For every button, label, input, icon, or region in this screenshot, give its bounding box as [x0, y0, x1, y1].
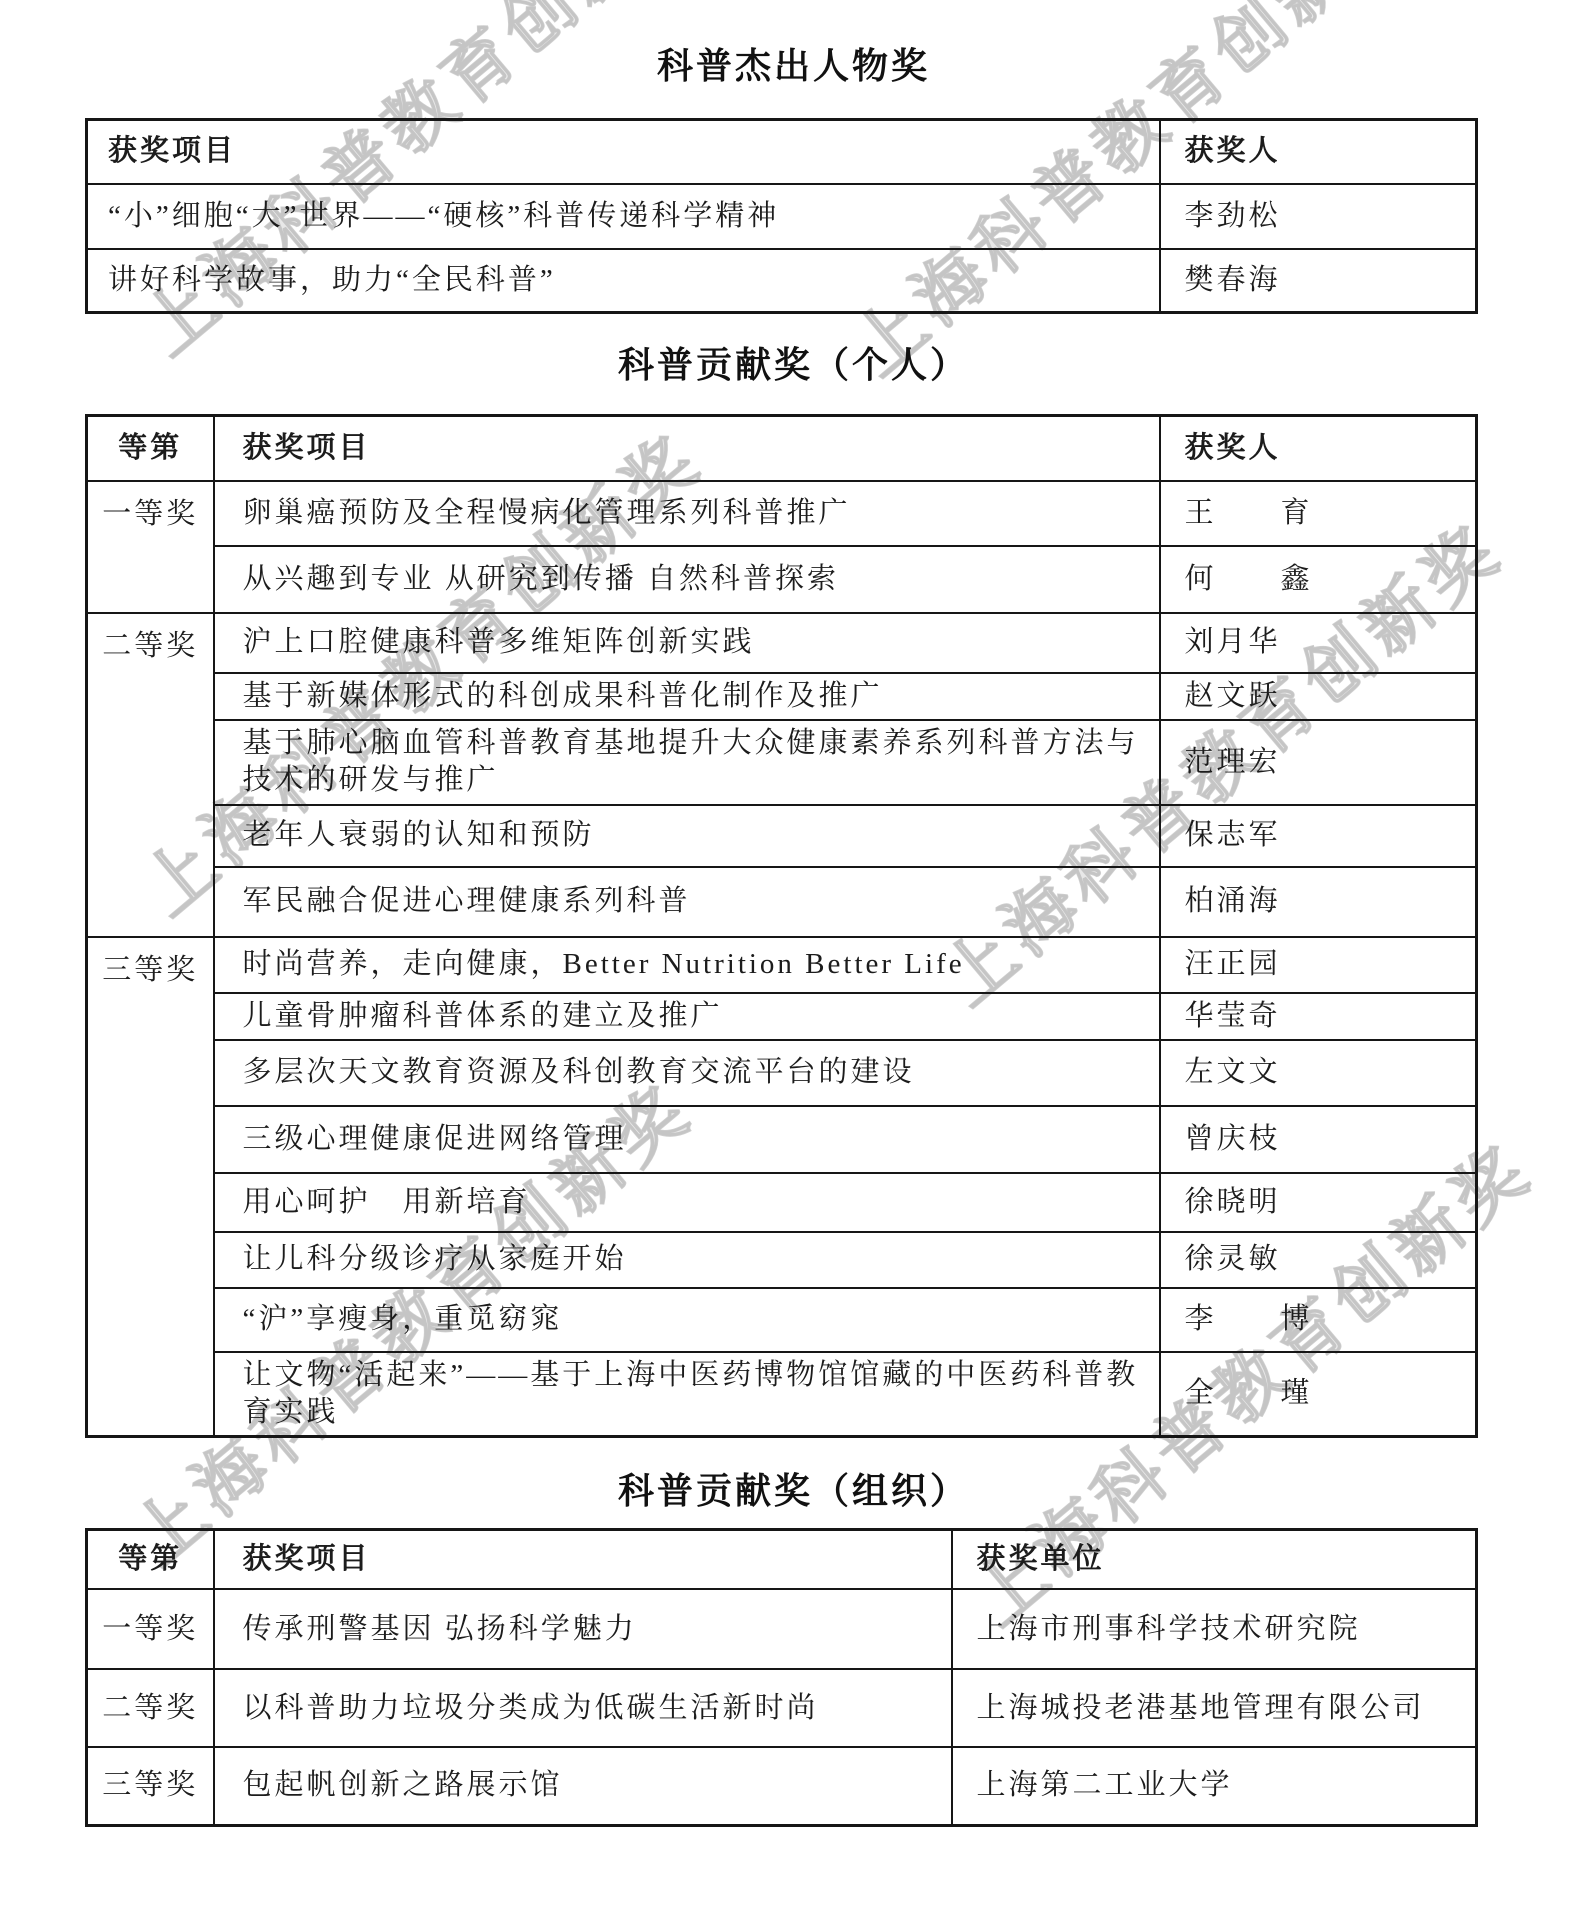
section-title-outstanding-award: 科普杰出人物奖	[0, 0, 1587, 86]
winner-cell: 保志军	[1160, 805, 1477, 867]
table-row: 讲好科学故事，助力“全民科普” 樊春海	[87, 249, 1477, 313]
column-header-winner: 获奖人	[1160, 120, 1477, 184]
table-organization-award: 等第 获奖项目 获奖单位 一等奖 传承刑警基因 弘扬科学魅力 上海市刑事科学技术…	[85, 1528, 1478, 1827]
project-cell: 三级心理健康促进网络管理	[214, 1106, 1160, 1173]
winner-cell: 徐灵敏	[1160, 1232, 1477, 1288]
project-cell: 传承刑警基因 弘扬科学魅力	[214, 1589, 952, 1669]
table-row: 一等奖 卵巢癌预防及全程慢病化管理系列科普推广 王 育	[87, 481, 1477, 546]
table-row: 多层次天文教育资源及科创教育交流平台的建设 左文文	[87, 1040, 1477, 1106]
winner-cell: 李劲松	[1160, 184, 1477, 249]
project-cell: 多层次天文教育资源及科创教育交流平台的建设	[214, 1040, 1160, 1106]
table-row: 三级心理健康促进网络管理 曾庆枝	[87, 1106, 1477, 1173]
table-individual-award: 等第 获奖项目 获奖人 一等奖 卵巢癌预防及全程慢病化管理系列科普推广 王 育 …	[85, 414, 1478, 1438]
winner-cell: 李 博	[1160, 1288, 1477, 1352]
column-header-project: 获奖项目	[214, 416, 1160, 481]
project-cell: “沪”享瘦身，重觅窈窕	[214, 1288, 1160, 1352]
rank-cell-second-prize: 二等奖	[87, 613, 214, 937]
project-cell: 卵巢癌预防及全程慢病化管理系列科普推广	[214, 481, 1160, 546]
winner-cell: 徐晓明	[1160, 1173, 1477, 1232]
winner-cell: 范理宏	[1160, 720, 1477, 805]
table-row: 用心呵护 用新培育 徐晓明	[87, 1173, 1477, 1232]
project-cell: “小”细胞“大”世界——“硬核”科普传递科学精神	[87, 184, 1160, 249]
table-row: “小”细胞“大”世界——“硬核”科普传递科学精神 李劲松	[87, 184, 1477, 249]
winner-cell: 左文文	[1160, 1040, 1477, 1106]
project-cell: 讲好科学故事，助力“全民科普”	[87, 249, 1160, 313]
column-header-unit: 获奖单位	[952, 1529, 1477, 1589]
project-cell: 军民融合促进心理健康系列科普	[214, 867, 1160, 937]
rank-cell-first-prize: 一等奖	[87, 481, 214, 613]
table-row: “沪”享瘦身，重觅窈窕 李 博	[87, 1288, 1477, 1352]
column-header-rank: 等第	[87, 416, 214, 481]
section-title-organization-award: 科普贡献奖（组织）	[0, 1471, 1587, 1511]
document-body: 科普杰出人物奖 获奖项目 获奖人 “小”细胞“大”世界——“硬核”科普传递科学精…	[0, 0, 1587, 1827]
project-cell: 从兴趣到专业 从研究到传播 自然科普探索	[214, 546, 1160, 613]
winner-cell: 曾庆枝	[1160, 1106, 1477, 1173]
project-cell: 老年人衰弱的认知和预防	[214, 805, 1160, 867]
table-row: 基于新媒体形式的科创成果科普化制作及推广 赵文跃	[87, 673, 1477, 720]
project-cell: 时尚营养，走向健康，Better Nutrition Better Life	[214, 937, 1160, 993]
winner-cell: 樊春海	[1160, 249, 1477, 313]
column-header-project: 获奖项目	[87, 120, 1160, 184]
winner-cell: 柏涌海	[1160, 867, 1477, 937]
unit-cell: 上海城投老港基地管理有限公司	[952, 1669, 1477, 1747]
project-cell: 包起帆创新之路展示馆	[214, 1747, 952, 1825]
winner-cell: 刘月华	[1160, 613, 1477, 673]
project-cell: 基于新媒体形式的科创成果科普化制作及推广	[214, 673, 1160, 720]
table-row: 让文物“活起来”——基于上海中医药博物馆馆藏的中医药科普教育实践 全 瑾	[87, 1352, 1477, 1437]
project-cell: 基于肺心脑血管科普教育基地提升大众健康素养系列科普方法与技术的研发与推广	[214, 720, 1160, 805]
winner-cell: 华莹奇	[1160, 993, 1477, 1040]
project-cell: 以科普助力垃圾分类成为低碳生活新时尚	[214, 1669, 952, 1747]
table-row: 军民融合促进心理健康系列科普 柏涌海	[87, 867, 1477, 937]
project-cell: 儿童骨肿瘤科普体系的建立及推广	[214, 993, 1160, 1040]
table-row: 让儿科分级诊疗从家庭开始 徐灵敏	[87, 1232, 1477, 1288]
rank-cell-third-prize: 三等奖	[87, 1747, 214, 1825]
table-row: 二等奖 以科普助力垃圾分类成为低碳生活新时尚 上海城投老港基地管理有限公司	[87, 1669, 1477, 1747]
unit-cell: 上海市刑事科学技术研究院	[952, 1589, 1477, 1669]
winner-cell: 何 鑫	[1160, 546, 1477, 613]
table-row: 三等奖 包起帆创新之路展示馆 上海第二工业大学	[87, 1747, 1477, 1825]
table-row: 一等奖 传承刑警基因 弘扬科学魅力 上海市刑事科学技术研究院	[87, 1589, 1477, 1669]
table-row: 儿童骨肿瘤科普体系的建立及推广 华莹奇	[87, 993, 1477, 1040]
table-row: 从兴趣到专业 从研究到传播 自然科普探索 何 鑫	[87, 546, 1477, 613]
rank-cell-first-prize: 一等奖	[87, 1589, 214, 1669]
project-cell: 让文物“活起来”——基于上海中医药博物馆馆藏的中医药科普教育实践	[214, 1352, 1160, 1437]
project-cell: 沪上口腔健康科普多维矩阵创新实践	[214, 613, 1160, 673]
winner-cell: 全 瑾	[1160, 1352, 1477, 1437]
table-outstanding-award: 获奖项目 获奖人 “小”细胞“大”世界——“硬核”科普传递科学精神 李劲松 讲好…	[85, 118, 1478, 314]
rank-cell-third-prize: 三等奖	[87, 937, 214, 1437]
unit-cell: 上海第二工业大学	[952, 1747, 1477, 1825]
winner-cell: 汪正园	[1160, 937, 1477, 993]
column-header-winner: 获奖人	[1160, 416, 1477, 481]
rank-cell-second-prize: 二等奖	[87, 1669, 214, 1747]
table-row: 三等奖 时尚营养，走向健康，Better Nutrition Better Li…	[87, 937, 1477, 993]
table-row: 老年人衰弱的认知和预防 保志军	[87, 805, 1477, 867]
winner-cell: 王 育	[1160, 481, 1477, 546]
column-header-rank: 等第	[87, 1529, 214, 1589]
project-cell: 用心呵护 用新培育	[214, 1173, 1160, 1232]
table-row: 二等奖 沪上口腔健康科普多维矩阵创新实践 刘月华	[87, 613, 1477, 673]
table-row: 基于肺心脑血管科普教育基地提升大众健康素养系列科普方法与技术的研发与推广 范理宏	[87, 720, 1477, 805]
winner-cell: 赵文跃	[1160, 673, 1477, 720]
project-cell: 让儿科分级诊疗从家庭开始	[214, 1232, 1160, 1288]
section-title-individual-award: 科普贡献奖（个人）	[0, 345, 1587, 385]
column-header-project: 获奖项目	[214, 1529, 952, 1589]
